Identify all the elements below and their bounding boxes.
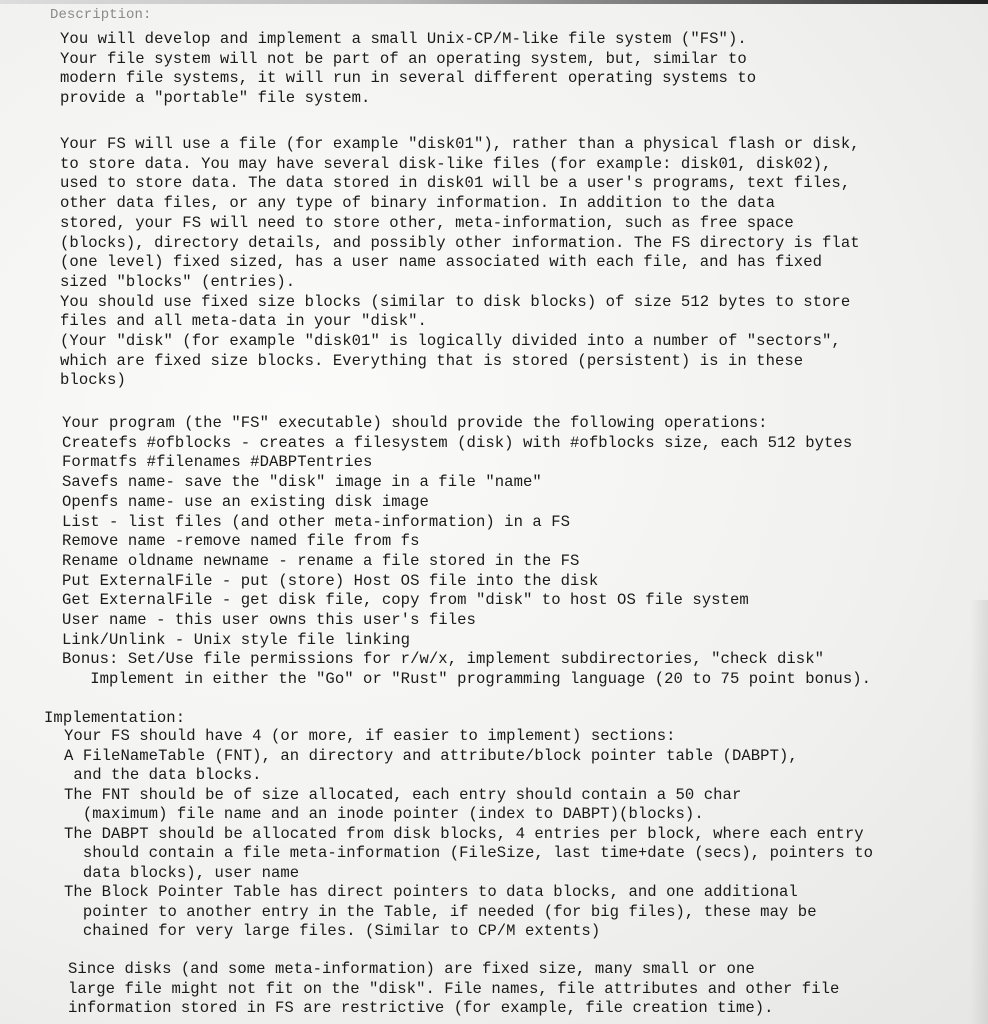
text-line: (maximum) file name and an inode pointer… [64,805,704,823]
text-line: Openfs name- use an existing disk image [62,493,429,511]
text-line: (one level) fixed sized, has a user name… [60,253,822,271]
text-line: chained for very large files. (Similar t… [64,922,600,940]
text-line: The DABPT should be allocated from disk … [64,825,864,843]
text-line: Your FS should have 4 (or more, if easie… [64,727,676,745]
text-line: sized "blocks" (entries). [60,273,295,291]
text-line: The Block Pointer Table has direct point… [64,883,798,901]
text-line: to store data. You may have several disk… [60,155,831,173]
text-line: Formatfs #filenames #DABPTentries [62,453,372,471]
text-line: provide a "portable" file system. [60,89,370,107]
text-line: used to store data. The data stored in d… [60,174,850,192]
text-line: which are fixed size blocks. Everything … [60,352,803,370]
implementation-heading: Implementation: [44,709,185,727]
text-line: Bonus: Set/Use file permissions for r/w/… [62,650,824,668]
page-right-shadow [970,600,988,1024]
text-line: blocks) [60,371,126,389]
text-line: other data files, or any type of binary … [60,194,775,212]
text-line: Remove name -remove named file from fs [62,532,420,550]
text-line: modern file systems, it will run in seve… [60,69,756,87]
text-line: Createfs #ofblocks - creates a filesyste… [62,434,852,452]
text-line: (blocks), directory details, and possibl… [60,234,860,252]
text-line: (Your "disk" (for example "disk01" is lo… [60,332,841,350]
text-line: Implement in either the "Go" or "Rust" p… [62,670,871,688]
text-line: data blocks), user name [64,864,299,882]
text-line: Your program (the "FS" executable) shoul… [62,414,768,432]
text-line: files and all meta-data in your "disk". [60,312,427,330]
text-line: should contain a file meta-information (… [64,844,873,862]
text-line: A FileNameTable (FNT), an directory and … [64,747,798,765]
text-line: You will develop and implement a small U… [60,30,747,48]
text-line: large file might not fit on the "disk". … [68,980,839,998]
text-line: stored, your FS will need to store other… [60,214,794,232]
text-line: Since disks (and some meta-information) … [68,960,755,978]
text-line: Put ExternalFile - put (store) Host OS f… [62,572,598,590]
description-heading: Description: [50,6,151,24]
text-line: and the data blocks. [64,766,262,784]
text-line: The FNT should be of size allocated, eac… [64,786,741,804]
text-line: Link/Unlink - Unix style file linking [62,631,410,649]
text-line: List - list files (and other meta-inform… [62,513,570,531]
text-line: Get ExternalFile - get disk file, copy f… [62,591,749,609]
text-line: Your FS will use a file (for example "di… [60,135,860,153]
text-line: User name - this user owns this user's f… [62,611,476,629]
text-line: pointer to another entry in the Table, i… [64,903,817,921]
text-line: information stored in FS are restrictive… [68,999,774,1017]
text-line: Rename oldname newname - rename a file s… [62,552,579,570]
text-line: Your file system will not be part of an … [60,50,747,68]
text-line: Savefs name- save the "disk" image in a … [62,473,542,491]
text-line: You should use fixed size blocks (simila… [60,293,850,311]
